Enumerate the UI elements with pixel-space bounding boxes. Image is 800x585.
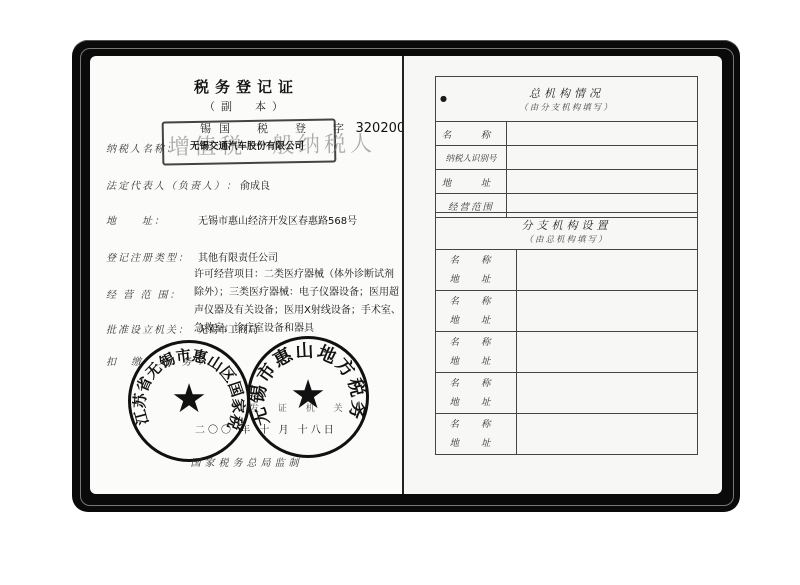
name-label: 名称 — [446, 292, 516, 311]
row-label: 名 称 — [436, 122, 507, 146]
row-label: 名称地址 — [436, 414, 517, 455]
copy-type: （副 本） — [90, 98, 403, 114]
table-row: 名称地址 — [436, 250, 698, 291]
star-icon: ★ — [250, 373, 366, 417]
right-page: ● 总机构情况 （由分支机构填写） 名 称 纳税人识别号 地 址 经营范围 — [404, 56, 722, 494]
approver: 无锡市工商局 — [198, 321, 258, 336]
table-row: 名称地址 — [436, 291, 698, 332]
branches-title: 分支机构设置 — [436, 217, 697, 233]
left-page: 税务登记证 （副 本） 增值税一般纳税人 锡国 税 登 字 3202001527… — [90, 56, 403, 494]
name-label: 名称 — [446, 374, 516, 393]
table-row: 名称地址 — [436, 373, 698, 414]
branches-table: 分支机构设置 （由总机构填写） 名称地址 名称地址 名称地址 名称地址 名称地址 — [435, 212, 698, 455]
head-office-title: 总机构情况 — [436, 85, 697, 101]
branches-note: （由总机构填写） — [436, 233, 697, 245]
name-label: 名称 — [446, 251, 516, 270]
table-row: 纳税人识别号 — [436, 146, 698, 170]
row-value — [517, 414, 698, 455]
taxpayer-name-label: 纳税人名称： — [106, 140, 178, 155]
national-tax-bureau-seal: 江苏省无锡市惠山区国家税务局 ★ — [128, 340, 250, 462]
row-label: 名称地址 — [436, 291, 517, 332]
row-value — [517, 373, 698, 414]
star-icon: ★ — [131, 377, 247, 421]
row-value — [507, 146, 698, 170]
reg-type-label: 登记注册类型： — [106, 249, 190, 264]
address-label: 地址 — [446, 352, 516, 371]
legal-rep-label: 法定代表人（负责人）： — [106, 177, 238, 192]
row-label: 地 址 — [436, 170, 507, 194]
row-label: 名称地址 — [436, 373, 517, 414]
row-label: 名称地址 — [436, 250, 517, 291]
reg-type: 其他有限责任公司 — [198, 249, 278, 264]
row-label: 纳税人识别号 — [436, 146, 507, 170]
head-office-note: （由分支机构填写） — [436, 101, 697, 113]
row-value — [517, 291, 698, 332]
tax-id-prefix: 锡国 税 登 字 — [200, 122, 352, 135]
legal-rep: 俞成良 — [240, 177, 270, 192]
issue-date: 二〇〇 年 十 月 十八日 — [195, 421, 337, 436]
row-value — [507, 170, 698, 194]
approver-label: 批准设立机关： — [106, 321, 190, 336]
address-label: 地址 — [446, 270, 516, 289]
table-row: 地 址 — [436, 170, 698, 194]
row-label: 名称地址 — [436, 332, 517, 373]
table-row: 名称地址 — [436, 332, 698, 373]
name-label: 名称 — [446, 415, 516, 434]
row-value — [517, 332, 698, 373]
address-label: 地 址： — [106, 212, 166, 227]
table-row: 名称地址 — [436, 414, 698, 455]
address-label: 地址 — [446, 434, 516, 453]
address: 无锡市惠山经济开发区春惠路568号 — [198, 212, 357, 227]
head-office-header: 总机构情况 （由分支机构填写） — [436, 77, 698, 122]
taxpayer-name: 无锡交通汽车股份有限公司 — [190, 138, 304, 152]
head-office-table: 总机构情况 （由分支机构填写） 名 称 纳税人识别号 地 址 经营范围 — [435, 76, 698, 218]
supervisor-footer: 国家税务总局监制 — [90, 454, 403, 469]
name-label: 名称 — [446, 333, 516, 352]
row-value — [517, 250, 698, 291]
document-title: 税务登记证 — [90, 76, 403, 97]
address-label: 地址 — [446, 393, 516, 412]
address-label: 地址 — [446, 311, 516, 330]
row-value — [507, 122, 698, 146]
table-row: 名 称 — [436, 122, 698, 146]
branches-header: 分支机构设置 （由总机构填写） — [436, 213, 698, 250]
scope-label: 经 营 范 围： — [106, 286, 182, 301]
local-tax-bureau-seal: 无锡市惠山地方税务局 ★ — [247, 336, 369, 458]
